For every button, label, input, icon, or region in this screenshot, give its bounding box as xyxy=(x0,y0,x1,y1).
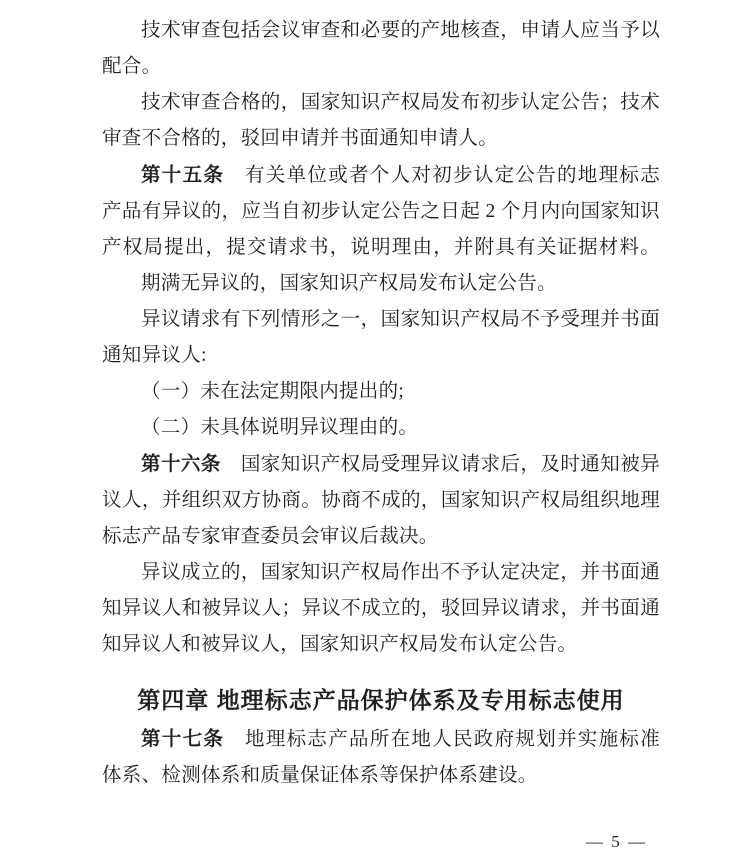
text-line: 期满无异议的，国家知识产权局发布认定公告。 xyxy=(102,266,660,302)
text-run: 标志产品专家审查委员会审议后裁决。 xyxy=(102,526,439,547)
text-run: 异议成立的，国家知识产权局作出不予认定决定，并书面通 xyxy=(141,562,660,583)
paragraph: 第十六条 国家知识产权局受理异议请求后，及时通知被异议人，并组织双方协商。协商不… xyxy=(102,446,660,555)
paragraph: （一）未在法定期限内提出的; xyxy=(102,374,660,410)
paragraph: （二）未具体说明异议理由的。 xyxy=(102,410,660,446)
document-body: 技术审查包括会议审查和必要的产地核查，申请人应当予以配合。技术审查合格的，国家知… xyxy=(102,13,660,794)
article-number: 第十五条 xyxy=(141,164,224,186)
page-number: — 5 — xyxy=(586,832,647,852)
text-line: 第十七条 地理标志产品所在地人民政府规划并实施标准 xyxy=(102,721,660,758)
article-number: 第十七条 xyxy=(141,728,224,750)
paragraph: 第十五条 有关单位或者个人对初步认定公告的地理标志产品有异议的，应当自初步认定公… xyxy=(102,157,660,266)
text-run: 配合。 xyxy=(102,56,161,77)
text-run: 地理标志产品所在地人民政府规划并实施标准 xyxy=(224,729,660,750)
paragraph: 异议请求有下列情形之一，国家知识产权局不予受理并书面通知异议人: xyxy=(102,302,660,374)
paragraph: 异议成立的，国家知识产权局作出不予认定决定，并书面通知异议人和被异议人；异议不成… xyxy=(102,555,660,663)
text-run: 知异议人和被异议人；异议不成立的，驳回异议请求，并书面通 xyxy=(102,598,660,619)
text-line: 技术审查合格的，国家知识产权局发布初步认定公告；技术 xyxy=(102,85,660,121)
paragraph: 期满无异议的，国家知识产权局发布认定公告。 xyxy=(102,266,660,302)
text-line: 知异议人和被异议人，国家知识产权局发布认定公告。 xyxy=(102,627,660,663)
text-run: 技术审查包括会议审查和必要的产地核查，申请人应当予以 xyxy=(141,20,660,41)
document-page: 技术审查包括会议审查和必要的产地核查，申请人应当予以配合。技术审查合格的，国家知… xyxy=(0,0,750,857)
text-run: （一）未在法定期限内提出的; xyxy=(141,381,404,402)
text-run: 期满无异议的，国家知识产权局发布认定公告。 xyxy=(141,273,557,294)
text-line: 审查不合格的，驳回申请并书面通知申请人。 xyxy=(102,121,660,157)
text-line: 异议成立的，国家知识产权局作出不予认定决定，并书面通 xyxy=(102,555,660,591)
text-run: 通知异议人: xyxy=(102,345,207,366)
paragraph: 第十七条 地理标志产品所在地人民政府规划并实施标准体系、检测体系和质量保证体系等… xyxy=(102,721,660,794)
text-line: 产权局提出，提交请求书，说明理由，并附具有关证据材料。 xyxy=(102,230,660,266)
text-run: 异议请求有下列情形之一，国家知识产权局不予受理并书面 xyxy=(141,309,660,330)
text-line: 议人，并组织双方协商。协商不成的，国家知识产权局组织地理 xyxy=(102,483,660,519)
text-line: （二）未具体说明异议理由的。 xyxy=(102,410,660,446)
text-line: 产品有异议的，应当自初步认定公告之日起 2 个月内向国家知识 xyxy=(102,194,660,230)
text-line: 第十五条 有关单位或者个人对初步认定公告的地理标志 xyxy=(102,157,660,194)
page-number-text: — 5 — xyxy=(586,832,647,851)
chapter-heading: 第四章 地理标志产品保护体系及专用标志使用 xyxy=(102,679,660,721)
text-line: 异议请求有下列情形之一，国家知识产权局不予受理并书面 xyxy=(102,302,660,338)
text-line: 第十六条 国家知识产权局受理异议请求后，及时通知被异 xyxy=(102,446,660,483)
text-run: 产品有异议的，应当自初步认定公告之日起 2 个月内向国家知识 xyxy=(102,201,660,222)
text-line: （一）未在法定期限内提出的; xyxy=(102,374,660,410)
text-line: 知异议人和被异议人；异议不成立的，驳回异议请求，并书面通 xyxy=(102,591,660,627)
text-run: 知异议人和被异议人，国家知识产权局发布认定公告。 xyxy=(102,634,577,655)
article-number: 第十六条 xyxy=(141,453,221,475)
text-run: （二）未具体说明异议理由的。 xyxy=(141,417,418,438)
text-run: 国家知识产权局受理异议请求后，及时通知被异 xyxy=(221,454,660,475)
text-run: 有关单位或者个人对初步认定公告的地理标志 xyxy=(224,165,660,186)
paragraph: 技术审查合格的，国家知识产权局发布初步认定公告；技术审查不合格的，驳回申请并书面… xyxy=(102,85,660,157)
text-line: 体系、检测体系和质量保证体系等保护体系建设。 xyxy=(102,758,660,794)
text-run: 技术审查合格的，国家知识产权局发布初步认定公告；技术 xyxy=(141,92,660,113)
text-run: 议人，并组织双方协商。协商不成的，国家知识产权局组织地理 xyxy=(102,490,660,511)
text-run: 审查不合格的，驳回申请并书面通知申请人。 xyxy=(102,128,498,149)
text-line: 技术审查包括会议审查和必要的产地核查，申请人应当予以 xyxy=(102,13,660,49)
text-line: 通知异议人: xyxy=(102,338,660,374)
text-line: 配合。 xyxy=(102,49,660,85)
text-run: 体系、检测体系和质量保证体系等保护体系建设。 xyxy=(102,765,538,786)
text-line: 标志产品专家审查委员会审议后裁决。 xyxy=(102,519,660,555)
text-run: 产权局提出，提交请求书，说明理由，并附具有关证据材料。 xyxy=(102,237,660,258)
paragraph: 技术审查包括会议审查和必要的产地核查，申请人应当予以配合。 xyxy=(102,13,660,85)
